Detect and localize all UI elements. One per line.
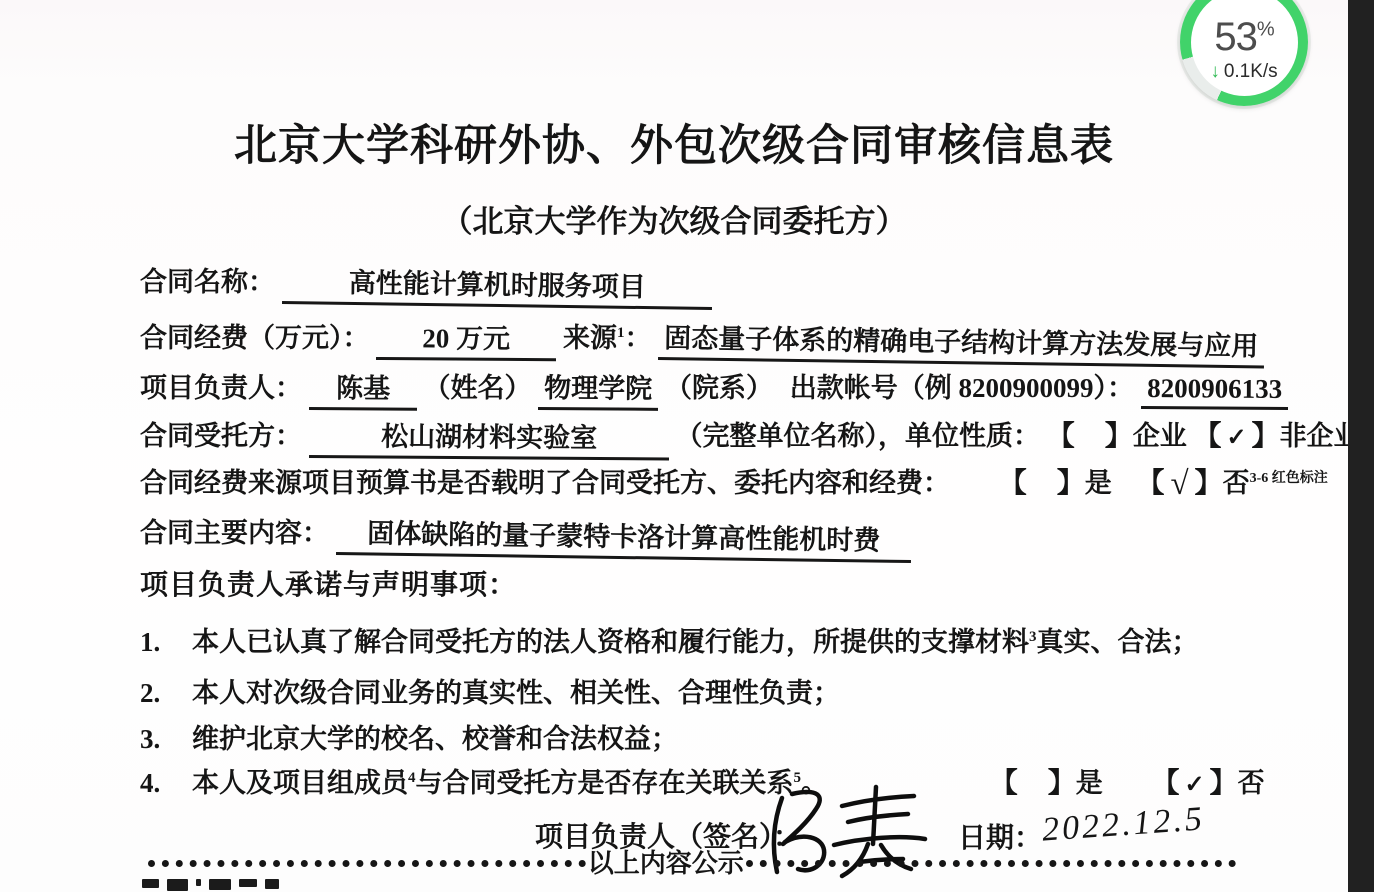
form-title: 北京大学科研外协、外包次级合同审核信息表 [0, 112, 1348, 173]
field-trustee: 合同受托方： 松山湖材料实验室 （完整单位名称），单位性质： 【】企业 【✓】非… [140, 414, 1368, 458]
enterprise-checkbox: 【】企业 [1047, 421, 1187, 451]
footnote-1: 1 [617, 325, 625, 341]
public-notice-divider: 以上内容公示 [148, 848, 1236, 874]
account-value: 8200906133 [1141, 373, 1288, 410]
budget-no-checkbox: 【√】否3-6 红色标注 [1137, 468, 1328, 498]
footnote-3-6-red-note: 3-6 红色标注 [1250, 471, 1328, 486]
relation-yes-checkbox: 【】是 [990, 768, 1103, 798]
handwritten-date-value: 2022.12.5 [1041, 800, 1206, 849]
battery-percent-value: 53% [1214, 17, 1273, 57]
budget-question-label: 合同经费来源项目预算书是否载明了合同受托方、委托内容和经费： [140, 468, 950, 498]
declaration-item-3: 3.维护北京大学的校名、校誉和合法权益； [140, 717, 1245, 756]
source-label: 来源1： [563, 323, 652, 353]
source-value: 固态量子体系的精确电子结构计算方法发展与应用 [658, 316, 1265, 368]
cutoff-text-sliver [142, 879, 372, 892]
checkmark-icon: ✓ [1180, 770, 1210, 799]
checkmark-icon: √ [1165, 466, 1195, 503]
account-label: 出款帐号（例 8200900099）： [790, 373, 1134, 403]
download-speed: ↓ 0.1K/s [1210, 61, 1277, 83]
field-funding: 合同经费（万元）： 20 万元 来源1： 固态量子体系的精确电子结构计算方法发展… [140, 316, 1264, 360]
trustee-note: （完整单位名称），单位性质： [676, 421, 1041, 451]
field-main-content: 合同主要内容： 固体缺陷的量子蒙特卡洛计算高性能机时费 [140, 511, 911, 555]
item-number: 1. [140, 627, 192, 658]
field-pi: 项目负责人： 陈基 （姓名） 物理学院 （院系） 出款帐号（例 82009000… [140, 366, 1288, 410]
pi-label: 项目负责人： [140, 373, 302, 403]
field-budget-question: 合同经费来源项目预算书是否载明了合同受托方、委托内容和经费： 【】是 【√】否3… [140, 461, 1328, 501]
item-number: 3. [140, 724, 192, 755]
checkmark-icon: ✓ [1222, 423, 1252, 452]
pi-name-value: 陈基 [309, 366, 417, 411]
form-subtitle: （北京大学作为次级合同委托方） [0, 196, 1348, 241]
funding-value: 20 万元 [376, 316, 556, 361]
footnote-4: 4 [408, 770, 416, 786]
relation-no-checkbox: 【✓】否 [1152, 768, 1265, 798]
footnote-3: 3 [1029, 629, 1037, 645]
field-contract-name: 合同名称： 高性能计算机时服务项目 [140, 260, 712, 304]
declaration-heading: 项目负责人承诺与声明事项： [140, 563, 517, 603]
trustee-label: 合同受托方： [140, 421, 302, 451]
dotted-line-right [746, 860, 1236, 867]
percent-number: 53 [1214, 15, 1257, 59]
main-content-value: 固体缺陷的量子蒙特卡洛计算高性能机时费 [336, 511, 912, 563]
download-arrow-icon: ↓ [1210, 61, 1220, 83]
declaration-item-1: 1.本人已认真了解合同受托方的法人资格和履行能力，所提供的支撑材料3真实、合法； [140, 620, 1245, 659]
funding-label: 合同经费（万元）： [140, 323, 370, 353]
pi-name-note: （姓名） [424, 373, 532, 403]
dotted-line-left [148, 860, 586, 867]
contract-name-label: 合同名称： [140, 267, 275, 297]
download-speed-value: 0.1K/s [1224, 61, 1278, 83]
main-content-label: 合同主要内容： [140, 518, 329, 548]
budget-yes-checkbox: 【】是 [999, 468, 1112, 498]
net-speed-widget[interactable]: 53% ↓ 0.1K/s [1180, 0, 1308, 106]
declaration-item-2: 2.本人对次级合同业务的真实性、相关性、合理性负责； [140, 671, 1245, 710]
contract-name-value: 高性能计算机时服务项目 [282, 260, 713, 310]
declaration-item-4: 4.本人及项目组成员4与合同受托方是否存在关联关系5。 【】是 【✓】否 [140, 761, 1245, 801]
pi-dept-note: （院系） [665, 373, 773, 403]
screen-right-bezel [1348, 0, 1374, 892]
item-number: 2. [140, 678, 192, 709]
net-speed-widget-face: 53% ↓ 0.1K/s [1191, 0, 1298, 96]
pi-dept-value: 物理学院 [538, 366, 658, 411]
public-notice-label: 以上内容公示 [586, 843, 746, 880]
item-number: 4. [140, 768, 192, 799]
percent-sign: % [1257, 19, 1274, 41]
non-enterprise-checkbox: 【✓】非企业2 [1194, 421, 1369, 451]
trustee-value: 松山湖材料实验室 [309, 414, 669, 461]
screenshot-root: 53% ↓ 0.1K/s 北京大学科研外协、外包次级合同审核信息表 （北京大学作… [0, 0, 1374, 892]
